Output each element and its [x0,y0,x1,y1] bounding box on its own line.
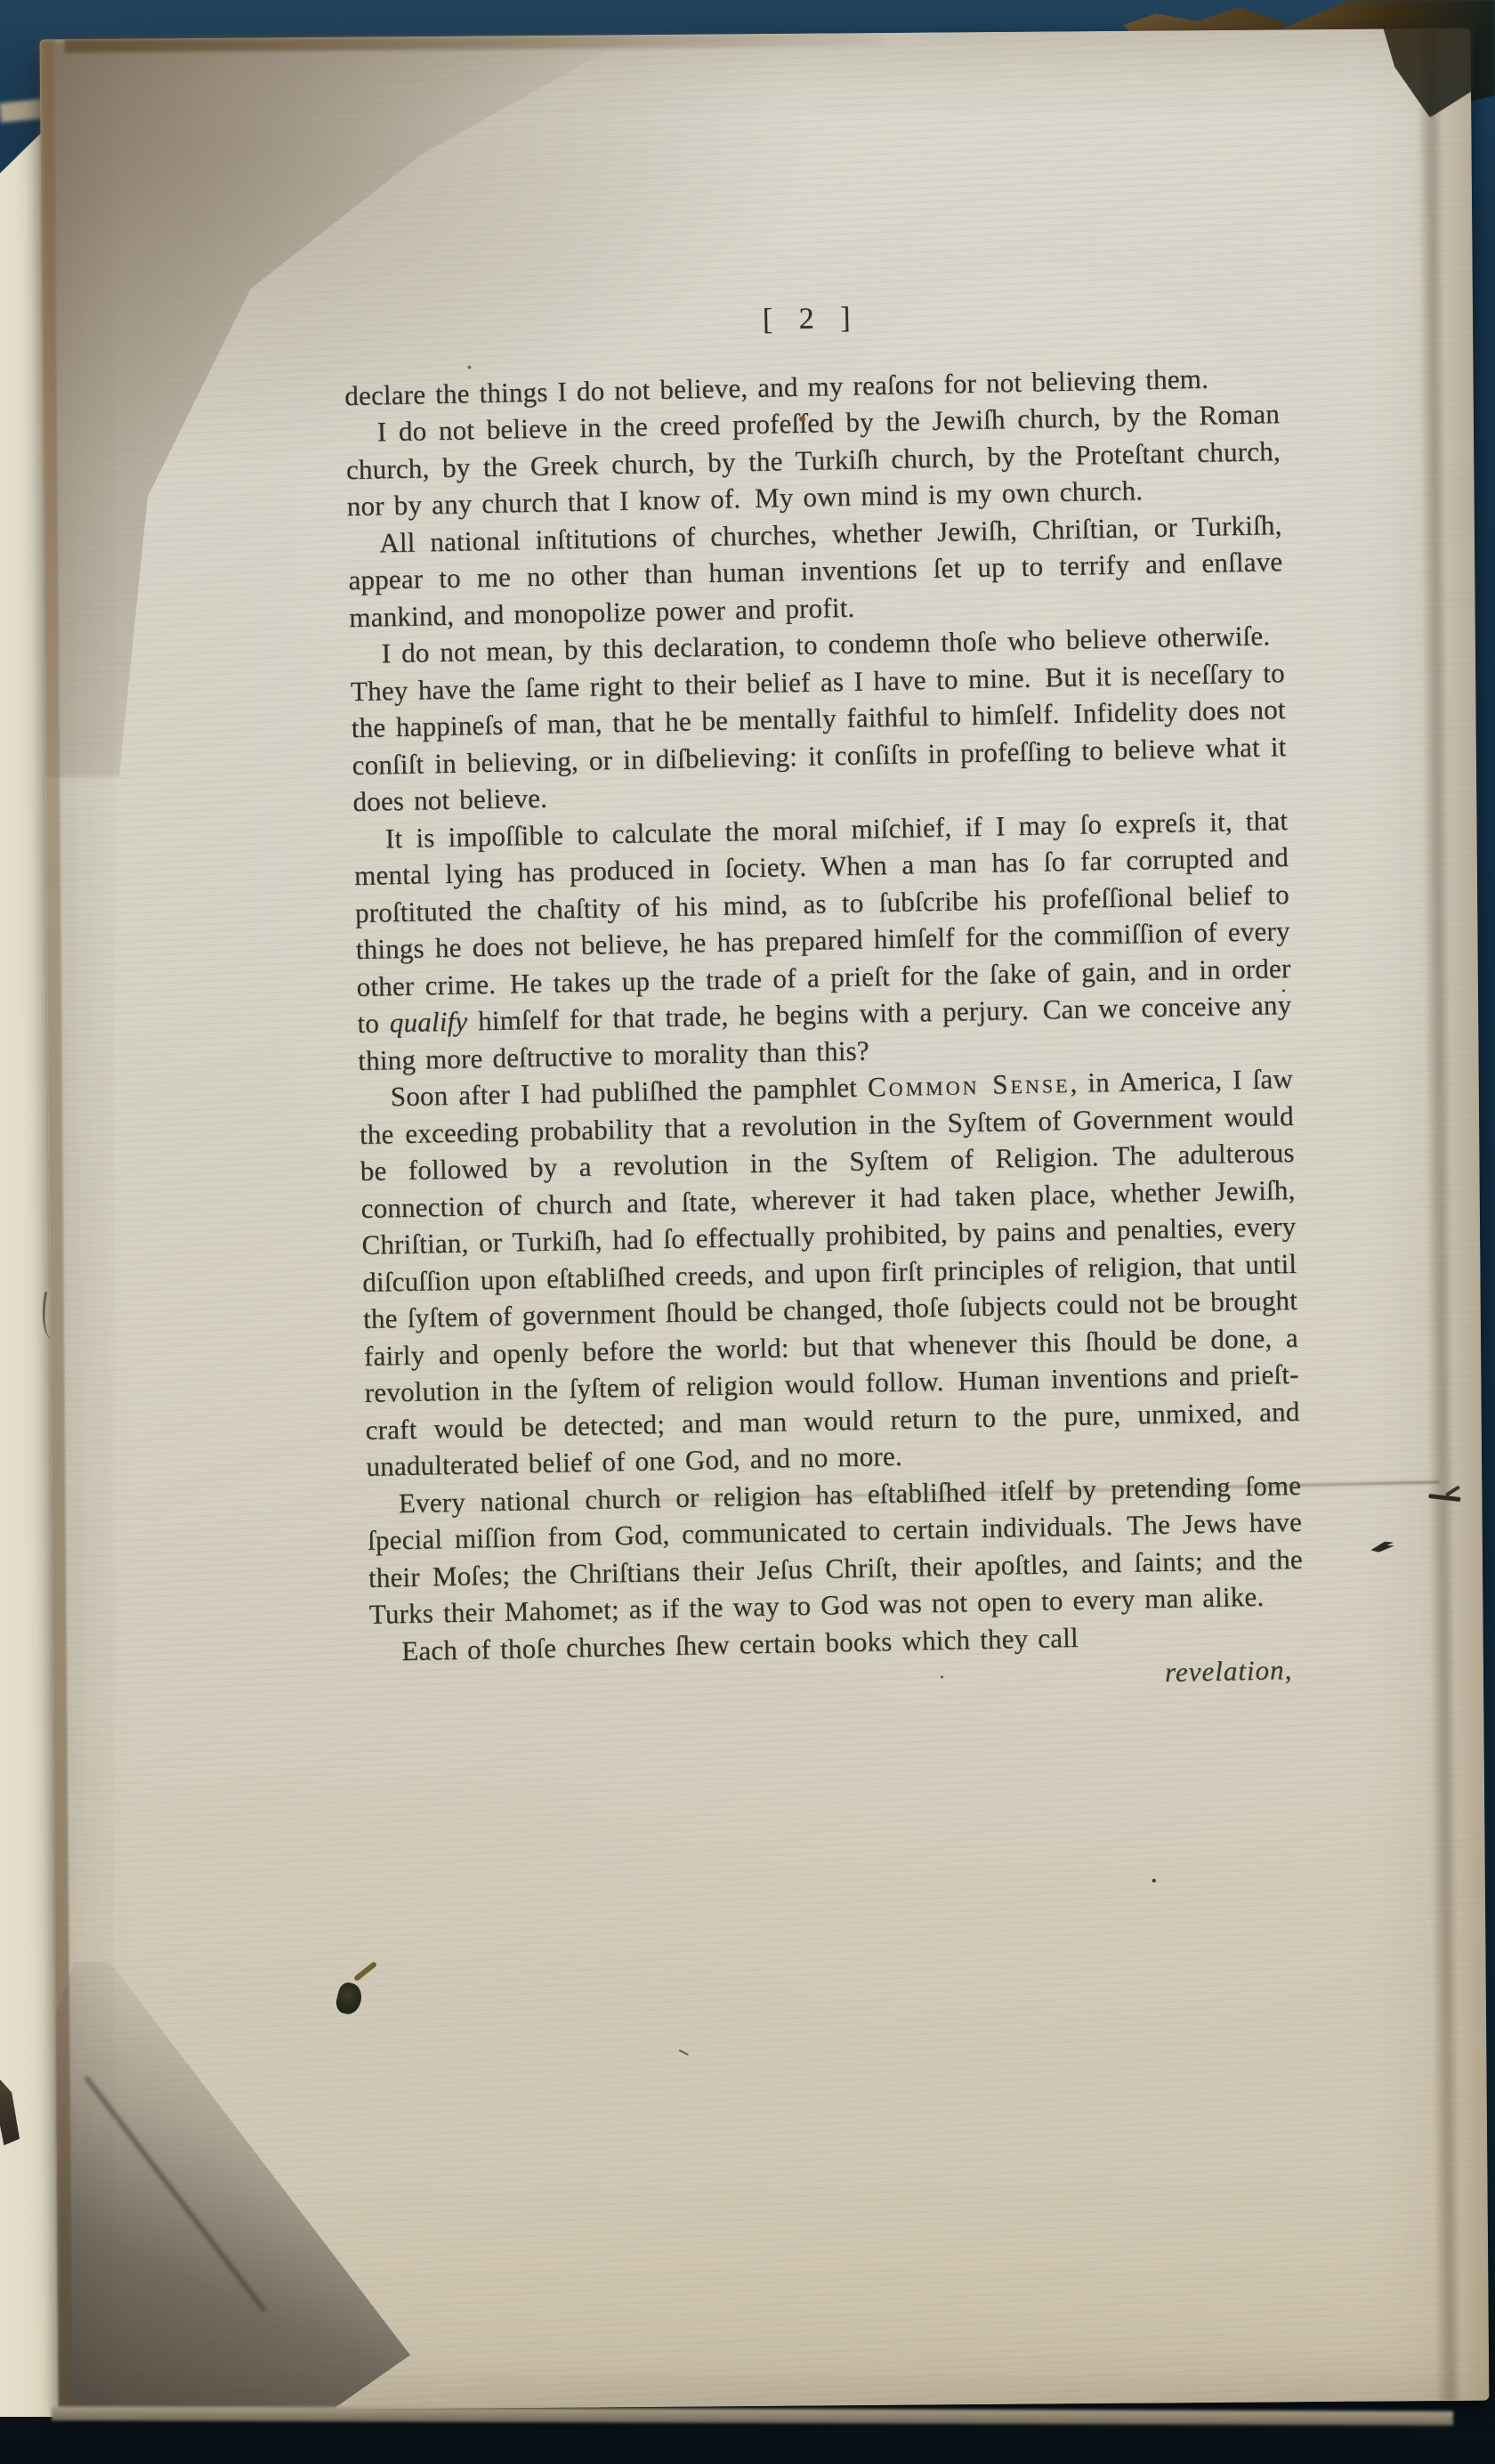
paragraph: I do not believe in the creed profeſſed … [345,395,1281,525]
paragraph: All national inſtitutions of churches, w… [347,507,1283,636]
foxing-speck [799,417,805,422]
foxing-speck [1282,989,1285,992]
bottom-page-edge-sliver [52,2406,1453,2425]
italic-word: qualify [389,1006,467,1039]
page-text-block: [ 2 ] declare the things I do not believ… [343,291,1305,1706]
book-page: [ 2 ] declare the things I do not believ… [40,28,1490,2412]
paragraph: Soon after I had publiſhed the pamphlet … [359,1060,1301,1485]
small-caps-title: Common Sense [868,1067,1071,1103]
foxing-speck [941,1675,943,1678]
paragraph: Every national church or religion has eſ… [367,1466,1304,1633]
book-page-photo: [ 2 ] declare the things I do not believ… [0,0,1495,2464]
paragraph-text: , in America, I ſaw the exceeding probab… [360,1063,1300,1482]
foxing-speck [467,366,471,369]
foxing-speck [1152,1879,1156,1883]
paragraph-text: Soon after I had publiſhed the pamphlet [390,1072,868,1113]
paragraph: I do not mean, by this declaration, to c… [350,617,1288,821]
paragraph: It is impoſſible to calculate the moral … [353,801,1293,1079]
